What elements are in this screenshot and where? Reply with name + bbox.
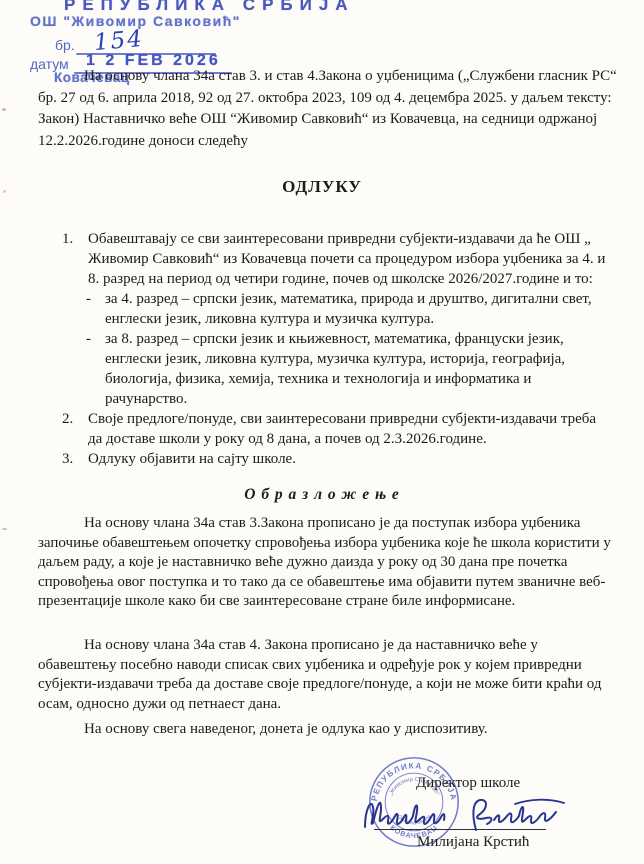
doc-number-label: бр. bbox=[55, 37, 75, 53]
sub-item-text: за 4. разред – српски језик, математика,… bbox=[105, 289, 614, 329]
decision-title: ОДЛУКУ bbox=[0, 177, 644, 197]
intro-paragraph: На основу члана 34а став 3. и став 4.Зак… bbox=[38, 66, 618, 152]
sub-item-text: за 8. разред – српски језик и књижевност… bbox=[105, 329, 614, 409]
item-number: 1. bbox=[62, 229, 88, 289]
sub-item: - за 8. разред – српски језик и књижевно… bbox=[86, 329, 614, 409]
item-text: Обавештавају се сви заинтересовани привр… bbox=[88, 229, 614, 289]
sub-list: - за 4. разред – српски језик, математик… bbox=[86, 289, 614, 409]
list-item: 1. Обавештавају се сви заинтересовани пр… bbox=[62, 229, 614, 289]
rationale-paragraph: На основу свега наведеног, донета је одл… bbox=[38, 720, 618, 740]
scan-speck bbox=[3, 190, 6, 193]
dash-marker: - bbox=[86, 289, 105, 329]
scan-speck bbox=[2, 528, 7, 530]
sub-item: - за 4. разред – српски језик, математик… bbox=[86, 289, 614, 329]
item-number: 3. bbox=[62, 449, 88, 469]
item-number: 2. bbox=[62, 409, 88, 449]
signature-ink bbox=[360, 790, 575, 838]
item-text: Одлуку објавити на сајту школе. bbox=[88, 449, 614, 469]
item-text: Своје предлоге/понуде, сви заинтересован… bbox=[88, 409, 614, 449]
list-item: 2. Своје предлоге/понуде, сви заинтересо… bbox=[62, 409, 614, 449]
scan-speck bbox=[2, 108, 6, 111]
rationale-paragraph: На основу члана 34а став 3.Закона пропис… bbox=[38, 514, 618, 612]
rationale-paragraph: На основу члана 34а став 4. Закона пропи… bbox=[38, 636, 618, 714]
scanned-decision-document: РЕПУБЛИКА СРБИЈА ОШ "Живомир Савковић" б… bbox=[0, 0, 644, 864]
list-item: 3. Одлуку објавити на сајту школе. bbox=[62, 449, 614, 469]
dash-marker: - bbox=[86, 329, 105, 409]
rationale-heading: О б р а з л о ж е њ е bbox=[0, 486, 644, 504]
decision-list: 1. Обавештавају се сви заинтересовани пр… bbox=[62, 229, 614, 469]
